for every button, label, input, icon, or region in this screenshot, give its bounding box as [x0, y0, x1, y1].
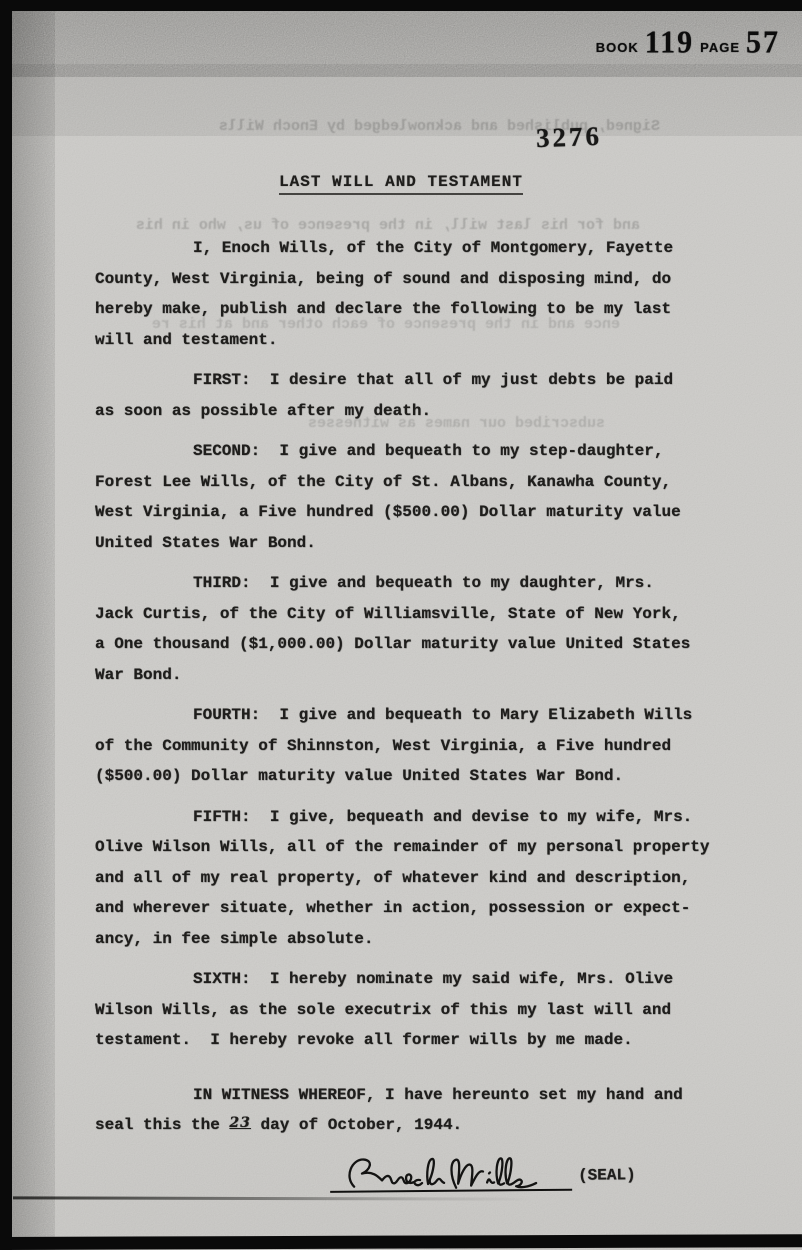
date-line: seal this the 23 day of October, 1944. — [95, 1110, 755, 1141]
paragraph-line: Forest Lee Wills, of the City of St. Alb… — [95, 467, 755, 498]
paragraph-line: ancy, in fee simple absolute. — [95, 924, 755, 955]
clause-fifth: FIFTH: I give, bequeath and devise to my… — [95, 802, 755, 955]
clause-second: SECOND: I give and bequeath to my step-d… — [95, 436, 755, 558]
paragraph-line: FOURTH: I give and bequeath to Mary Eliz… — [95, 700, 755, 731]
will-body-text: I, Enoch Wills, of the City of Montgomer… — [95, 233, 755, 1191]
handwritten-day: 23 — [229, 1115, 250, 1131]
paragraph-line: hereby make, publish and declare the fol… — [95, 294, 755, 325]
scan-edge-left — [0, 0, 12, 1250]
book-label: BOOK — [596, 40, 639, 55]
clause-sixth: SIXTH: I hereby nominate my said wife, M… — [95, 964, 755, 1056]
paragraph-line: SECOND: I give and bequeath to my step-d… — [95, 436, 755, 467]
page-number: 57 — [746, 25, 780, 61]
paragraph-line: Jack Curtis, of the City of Williamsvill… — [95, 599, 755, 630]
scan-edge-top — [0, 0, 802, 11]
paragraph-line: of the Community of Shinnston, West Virg… — [95, 731, 755, 762]
paragraph-line: and all of my real property, of whatever… — [95, 863, 755, 894]
paragraph-line: will and testament. — [95, 325, 755, 356]
date-line-prefix: seal this the — [95, 1116, 229, 1134]
left-edge-shading — [12, 0, 54, 1250]
book-number: 119 — [645, 25, 694, 61]
book-page-stamp: BOOK 119 PAGE 57 — [590, 26, 780, 60]
clause-third: THIRD: I give and bequeath to my daughte… — [95, 568, 755, 690]
paragraph-line: THIRD: I give and bequeath to my daughte… — [95, 568, 755, 599]
paragraph-line: testament. I hereby revoke all former wi… — [95, 1025, 755, 1056]
signature-rule-line — [330, 1150, 572, 1192]
witness-clause: IN WITNESS WHEREOF, I have hereunto set … — [95, 1080, 755, 1141]
paragraph-line: ($500.00) Dollar maturity value United S… — [95, 761, 755, 792]
paragraph-line: United States War Bond. — [95, 528, 755, 559]
scanned-will-page: BOOK 119 PAGE 57 Signed, published and a… — [0, 0, 802, 1250]
handwritten-signature — [338, 1144, 548, 1196]
clause-fourth: FOURTH: I give and bequeath to Mary Eliz… — [95, 700, 755, 792]
paragraph-line: War Bond. — [95, 660, 755, 691]
paragraph-line: and wherever situate, whether in action,… — [95, 893, 755, 924]
document-title: LAST WILL AND TESTAMENT — [279, 173, 523, 195]
paragraph-line: FIRST: I desire that all of my just debt… — [95, 365, 755, 396]
opening-paragraph: I, Enoch Wills, of the City of Montgomer… — [95, 233, 755, 355]
scan-edge-bottom — [0, 1234, 802, 1250]
paragraph-line: as soon as possible after my death. — [95, 396, 755, 427]
signature-row: (SEAL) — [330, 1149, 755, 1193]
paragraph-line: I, Enoch Wills, of the City of Montgomer… — [95, 233, 755, 264]
paragraph-line: County, West Virginia, being of sound an… — [95, 264, 755, 295]
scan-artifact-line — [13, 1196, 533, 1200]
paragraph-line: Olive Wilson Wills, all of the remainder… — [95, 832, 755, 863]
clause-first: FIRST: I desire that all of my just debt… — [95, 365, 755, 426]
seal-label: (SEAL) — [578, 1159, 636, 1190]
paragraph-line: SIXTH: I hereby nominate my said wife, M… — [95, 964, 755, 995]
docket-number-stamp: 3276 — [535, 121, 602, 154]
paragraph-line: Wilson Wills, as the sole executrix of t… — [95, 995, 755, 1026]
paragraph-line: IN WITNESS WHEREOF, I have hereunto set … — [95, 1080, 755, 1111]
paragraph-line: FIFTH: I give, bequeath and devise to my… — [95, 802, 755, 833]
date-line-suffix: day of October, 1944. — [251, 1116, 462, 1134]
page-label: PAGE — [700, 40, 740, 55]
paragraph-line: a One thousand ($1,000.00) Dollar maturi… — [95, 629, 755, 660]
paragraph-line: West Virginia, a Five hundred ($500.00) … — [95, 497, 755, 528]
